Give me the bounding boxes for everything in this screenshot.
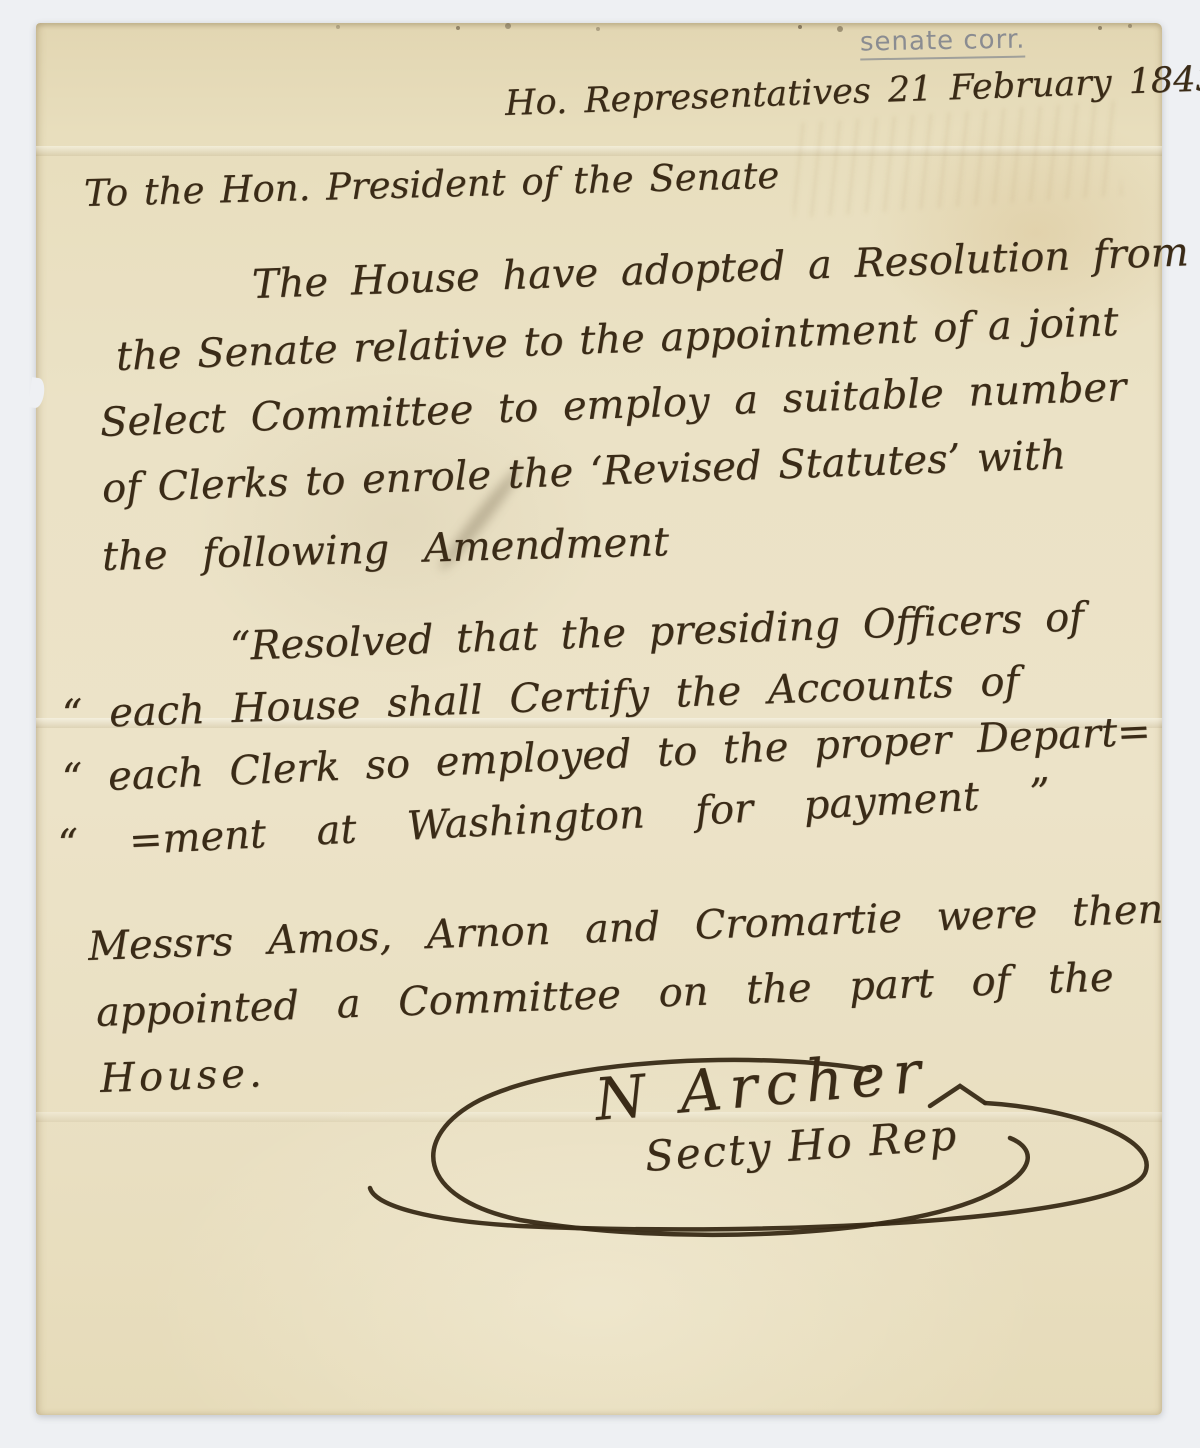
archival-annotation: senate corr. [860,25,1026,61]
paper-edge-specks [36,24,40,28]
body-line: House. [99,1050,266,1102]
document-scan: senate corr. Ho. Representatives 21 Febr… [0,0,1200,1448]
